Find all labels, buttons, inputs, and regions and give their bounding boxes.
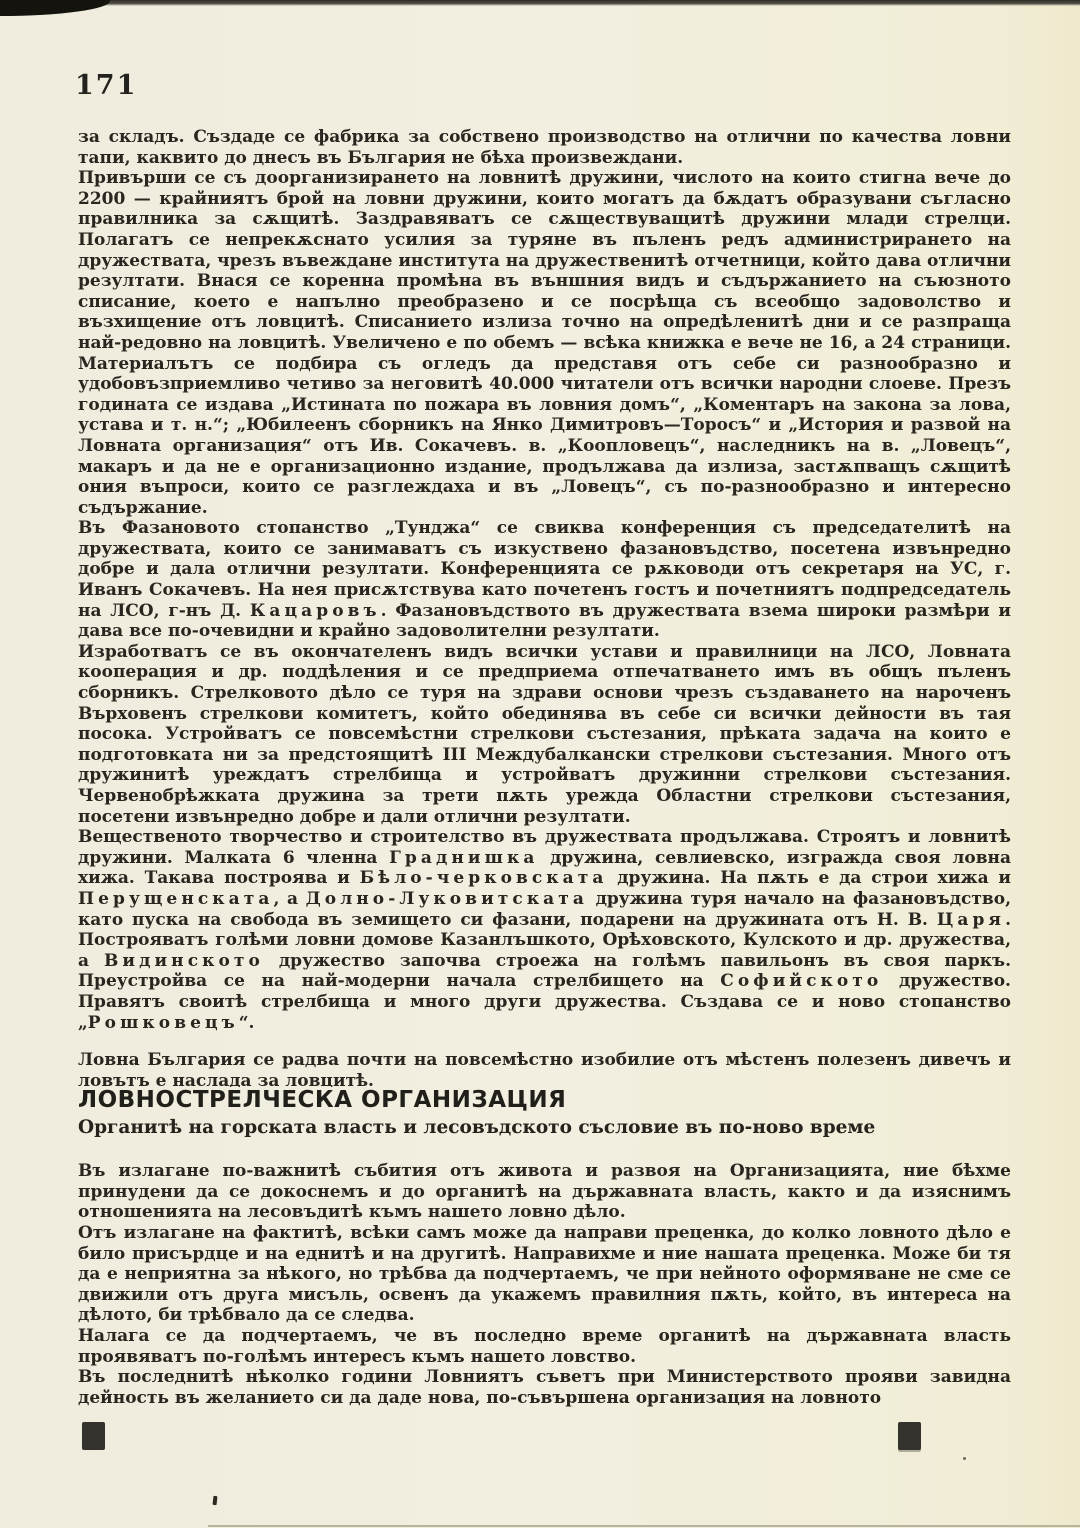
scanned-book-page: 171 за складъ. Създаде се фабрика за соб… <box>0 0 1080 1528</box>
scan-edge-top-shadow <box>100 0 1080 6</box>
print-registration-mark-right <box>898 1422 921 1450</box>
paragraph: за складъ. Създаде се фабрика за собстве… <box>78 127 1011 168</box>
paragraph: Въ последнитѣ нѣколко години Ловниятъ съ… <box>78 1367 1011 1408</box>
paragraph: Въ Фазановото стопанство „Тунджа“ се сви… <box>78 518 1011 642</box>
section-subheading: Органитѣ на горската власть и лесовъдско… <box>78 1118 1011 1139</box>
paragraph: Отъ излагане на фактитѣ, всѣки самъ може… <box>78 1223 1011 1326</box>
scan-corner-shadow <box>0 0 110 16</box>
section-heading: ЛОВНОСТРЕЛЧЕСКА ОРГАНИЗАЦИЯ <box>78 1090 1011 1111</box>
paragraph: Ловна България се радва почти на повсемѣ… <box>78 1050 1011 1087</box>
ink-speck <box>963 1457 966 1460</box>
page-number: 171 <box>75 70 137 101</box>
print-registration-mark-left <box>82 1422 105 1450</box>
paragraph: Привърши се съ доорганизирането на ловни… <box>78 168 1011 518</box>
paragraph: Въ излагане по-важнитѣ събития отъ живот… <box>78 1161 1011 1223</box>
ink-speck <box>213 1496 218 1505</box>
paragraph: Изработватъ се въ окончателенъ видъ всич… <box>78 642 1011 827</box>
page-bottom-edge <box>208 1525 1080 1527</box>
paragraph: Налага се да подчертаемъ, че въ последно… <box>78 1326 1011 1367</box>
paragraph: Вещественото творчество и строителство в… <box>78 827 1011 1033</box>
text-column-main: за складъ. Създаде се фабрика за собстве… <box>78 127 1011 1087</box>
text-column-section: ЛОВНОСТРЕЛЧЕСКА ОРГАНИЗАЦИЯОрганитѣ на г… <box>78 1086 1011 1446</box>
